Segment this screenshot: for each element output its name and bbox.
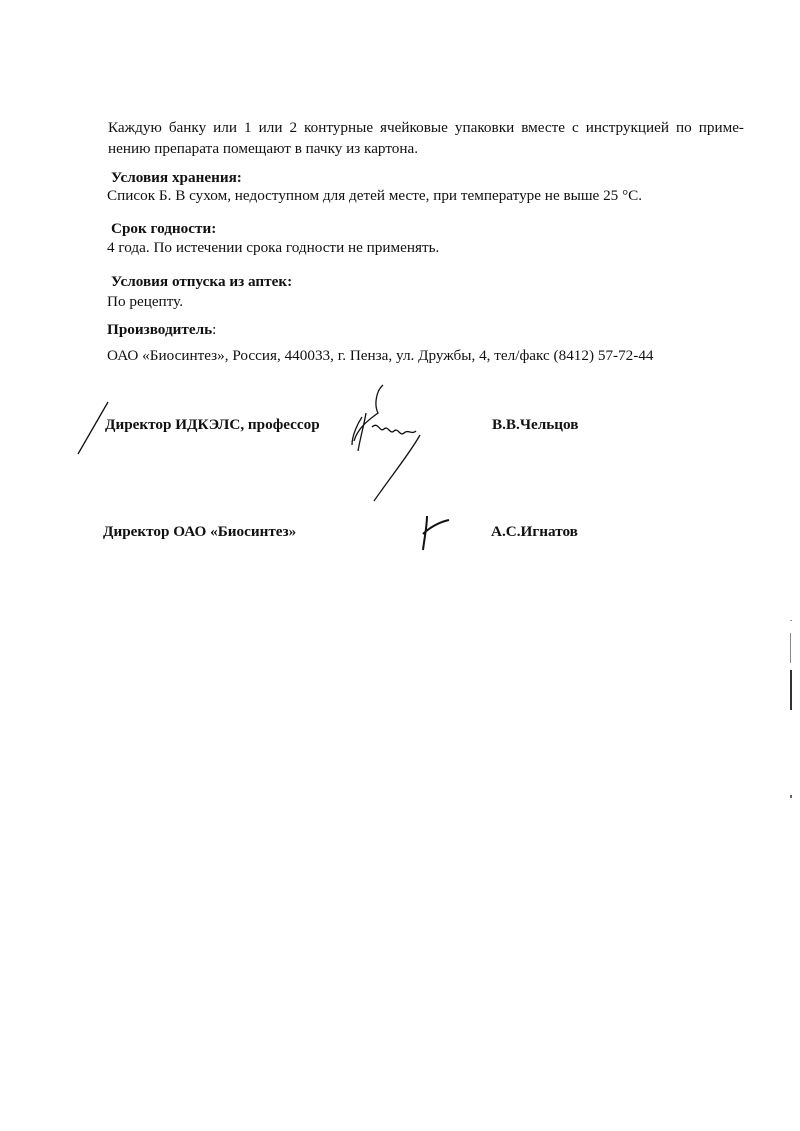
manufacturer-heading-label: Производитель [107, 321, 212, 338]
signature-1-icon [340, 383, 430, 503]
signatory-2-name: А.С.Игнатов [491, 523, 578, 541]
scan-artifact [790, 795, 792, 798]
packaging-paragraph: Каждую банку или 1 или 2 контурные ячейк… [108, 117, 744, 159]
scan-artifact [790, 620, 792, 621]
signatory-2-title: Директор ОАО «Биосинтез» [103, 523, 296, 541]
packaging-line-1: Каждую банку или 1 или 2 контурные ячейк… [108, 117, 744, 138]
signature-2-icon [415, 510, 465, 555]
shelf-life-text: 4 года. По истечении срока годности не п… [107, 239, 439, 257]
scan-artifact [790, 633, 791, 663]
manufacturer-heading: Производитель: [107, 321, 216, 339]
scan-artifact [790, 670, 792, 710]
storage-text: Список Б. В сухом, недоступном для детей… [107, 187, 642, 205]
shelf-life-heading: Срок годности: [111, 220, 216, 238]
manufacturer-heading-colon: : [212, 321, 216, 338]
storage-heading: Условия хранения: [111, 169, 242, 187]
dispensing-text: По рецепту. [107, 293, 183, 311]
signatory-1-name: В.В.Чельцов [492, 416, 578, 434]
document-page: Каждую банку или 1 или 2 контурные ячейк… [0, 0, 800, 1131]
signatory-1-title: Директор ИДКЭЛС, профессор [105, 416, 320, 434]
manufacturer-text: ОАО «Биосинтез», Россия, 440033, г. Пенз… [107, 347, 654, 365]
packaging-line-2: нению препарата помещают в пачку из карт… [108, 138, 744, 159]
dispensing-heading: Условия отпуска из аптек: [111, 273, 292, 291]
